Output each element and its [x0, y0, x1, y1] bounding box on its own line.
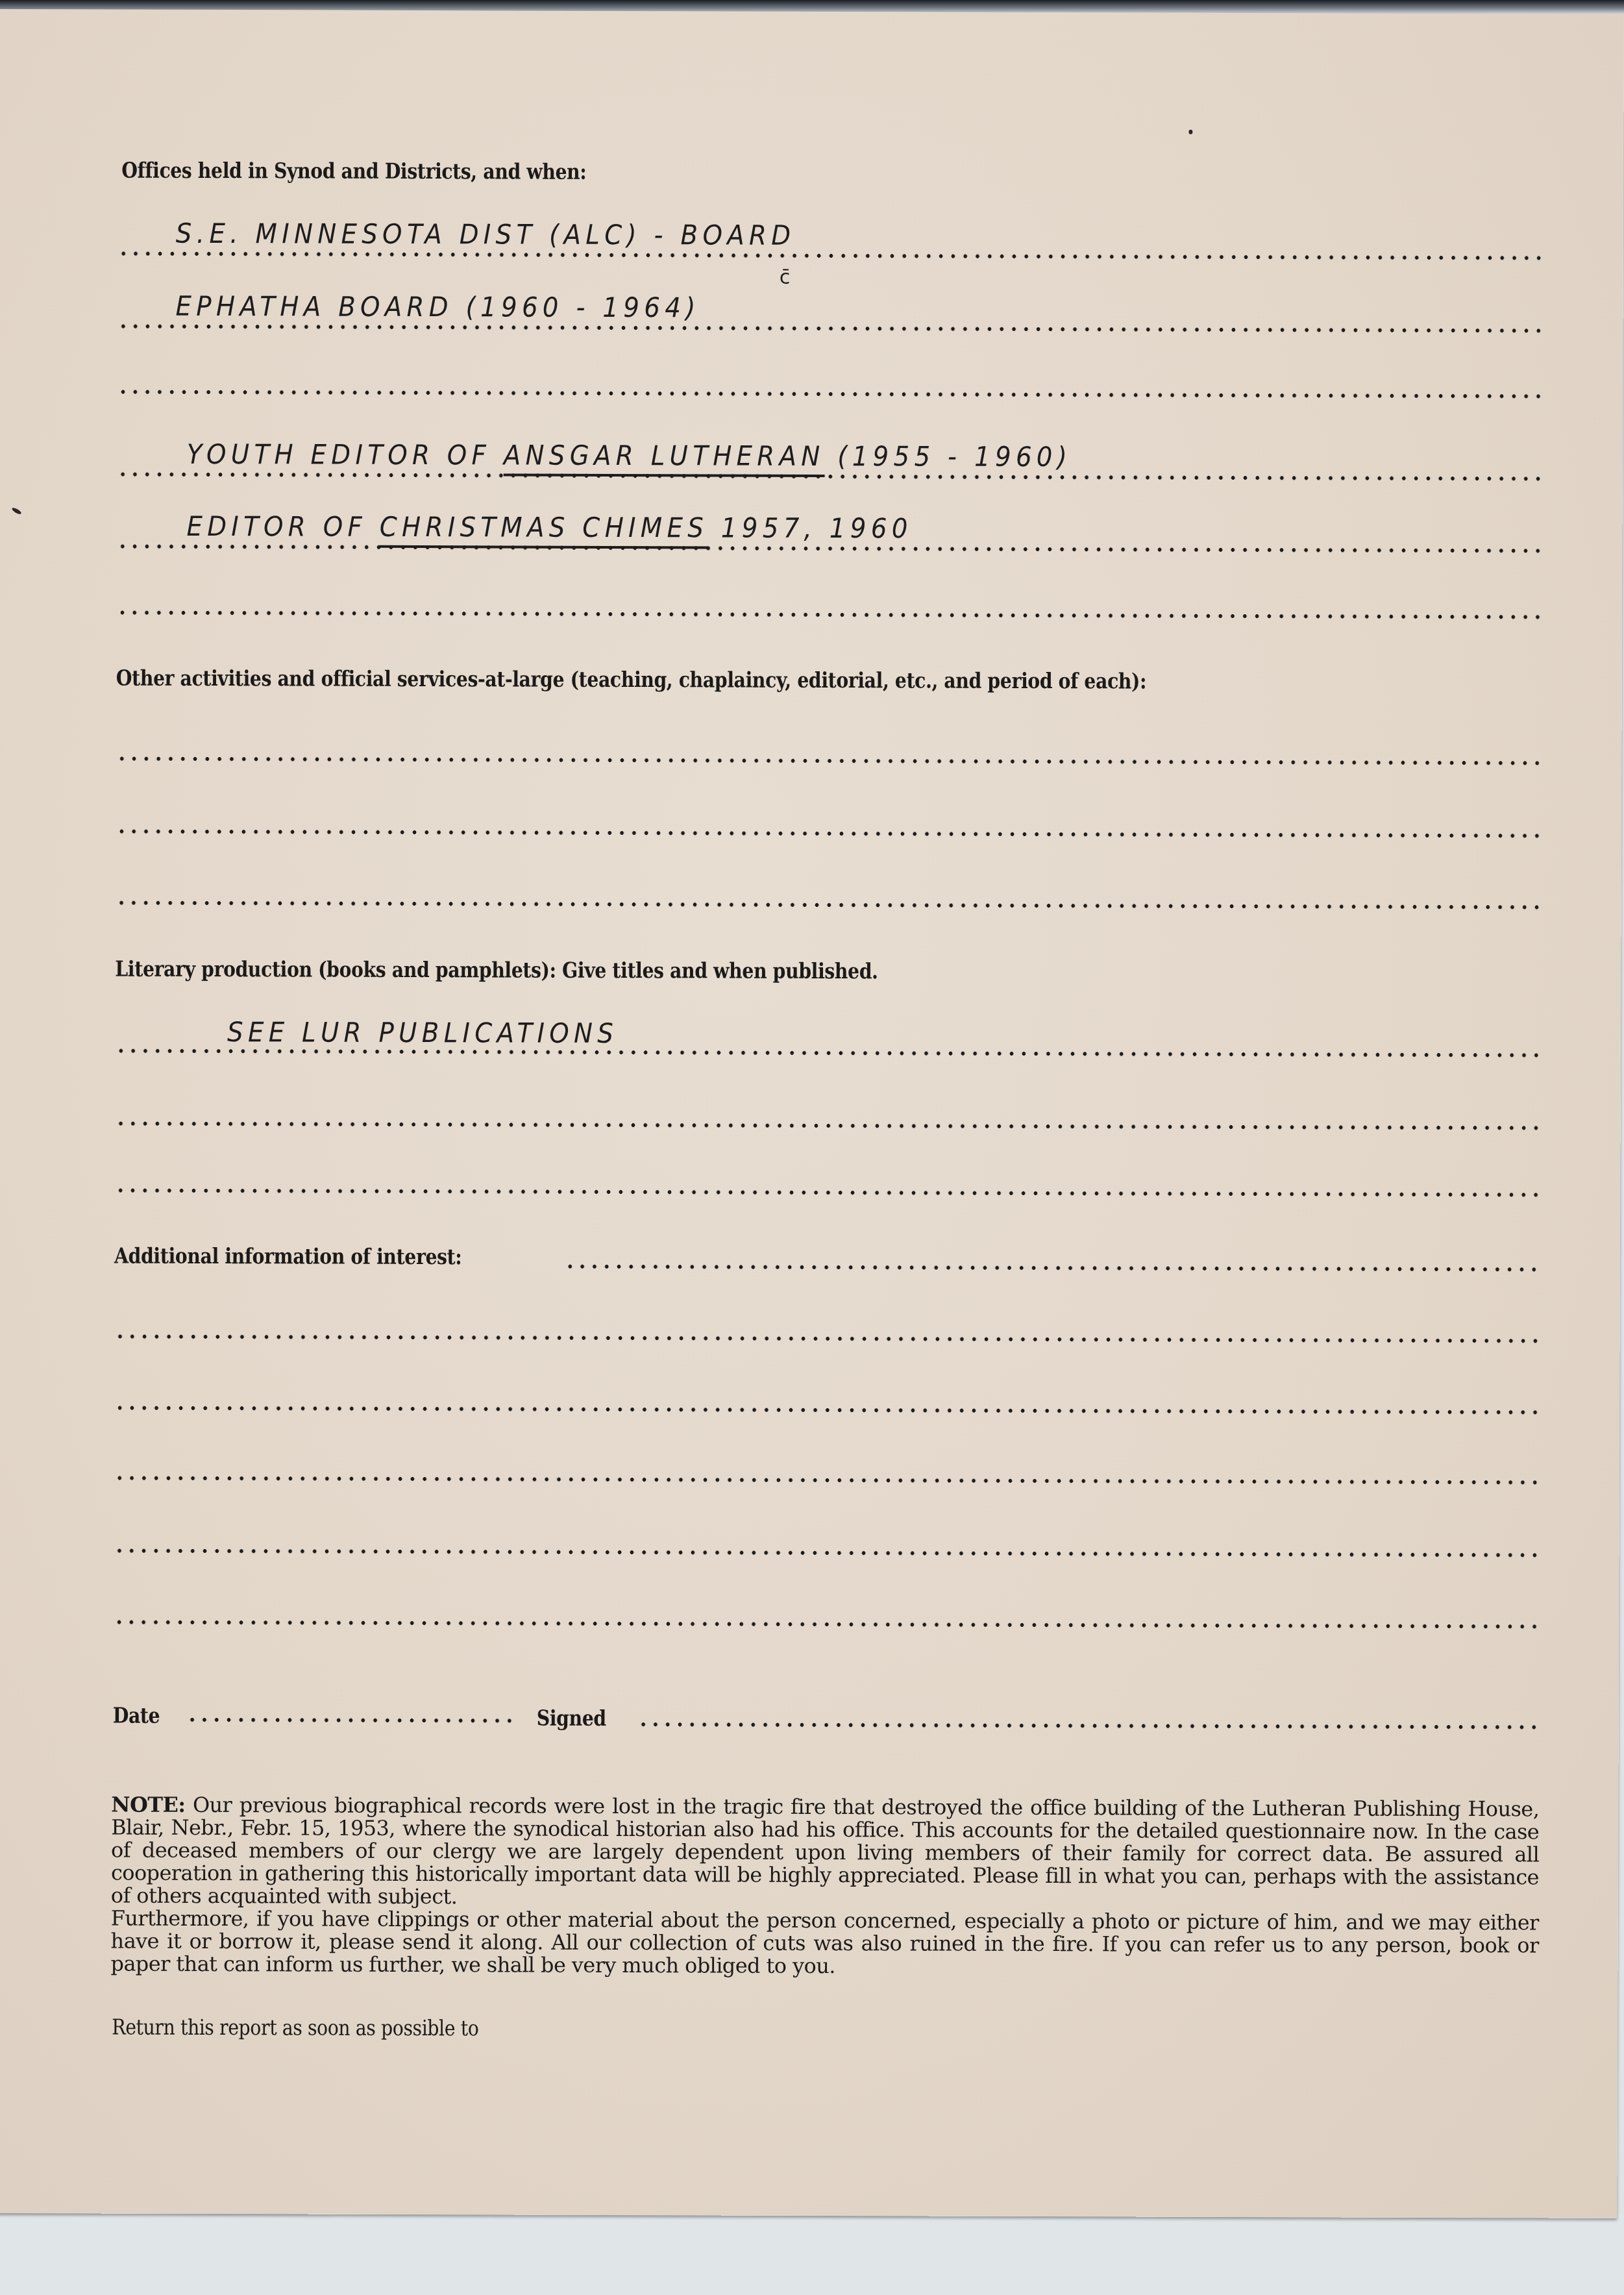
literary-production-label: Literary production (books and pamphlets… [115, 956, 878, 984]
scanner-bed [0, 2214, 1624, 2295]
dotted-line [113, 1620, 1538, 1630]
dotted-line [116, 756, 1540, 766]
entry-text: YOUTH EDITOR OF [187, 438, 504, 471]
note-heading: NOTE: [111, 1793, 185, 1817]
dotted-line [116, 829, 1540, 839]
entry-text: EDITOR OF [186, 510, 379, 543]
dotted-line [186, 1717, 517, 1724]
entry-years: 1957, 1960 [708, 512, 913, 544]
note-block: NOTE: Our previous biographical records … [110, 1794, 1539, 1980]
handwritten-entry: YOUTH EDITOR OF ANSGAR LUTHERAN (1955 - … [187, 438, 1072, 473]
signed-label: Signed [537, 1706, 606, 1731]
questionnaire-page: Offices held in Synod and Districts, and… [0, 9, 1624, 2218]
dotted-line [117, 472, 1542, 482]
dotted-line [116, 900, 1540, 910]
annotation-mark: c̄ [780, 266, 791, 289]
ink-speck [11, 506, 22, 515]
dotted-line [117, 324, 1542, 334]
dotted-line [115, 1048, 1540, 1058]
additional-info-label: Additional information of interest: [114, 1243, 461, 1270]
dotted-line [114, 1548, 1538, 1558]
date-label: Date [113, 1703, 160, 1728]
dotted-line [114, 1406, 1538, 1415]
dotted-line [117, 390, 1542, 399]
note-paragraph-1: NOTE: Our previous biographical records … [111, 1794, 1540, 1912]
handwritten-entry: S.E. MINNESOTA DIST (ALC) - BOARD [176, 217, 796, 251]
note-text-1: Our previous biographical records were l… [111, 1793, 1540, 1909]
dotted-line [637, 1722, 1538, 1730]
publication-title-christmas-chimes: CHRISTMAS CHIMES [380, 511, 709, 544]
entry-years: (1955 - 1960) [825, 440, 1072, 473]
offices-label: Offices held in Synod and Districts, and… [121, 158, 586, 184]
return-instruction: Return this report as soon as possible t… [112, 2015, 478, 2041]
handwritten-entry: EDITOR OF CHRISTMAS CHIMES 1957, 1960 [186, 510, 912, 545]
ink-speck [1188, 130, 1192, 134]
dotted-line [114, 1334, 1539, 1344]
dotted-line [564, 1264, 1539, 1272]
dotted-line [115, 1121, 1540, 1131]
handwritten-entry: SEE LUR PUBLICATIONS [227, 1016, 618, 1049]
dotted-line [114, 1476, 1538, 1485]
handwritten-entry: EPHATHA BOARD (1960 - 1964) [175, 290, 700, 324]
dotted-line [117, 251, 1542, 261]
dotted-line [114, 1188, 1539, 1198]
dotted-line [116, 544, 1541, 554]
dotted-line [116, 610, 1541, 620]
other-activities-label: Other activities and official services-a… [116, 665, 1146, 694]
note-paragraph-2: Furthermore, if you have clippings or ot… [110, 1907, 1538, 1980]
publication-title-ansgar-lutheran: ANSGAR LUTHERAN [504, 439, 825, 472]
